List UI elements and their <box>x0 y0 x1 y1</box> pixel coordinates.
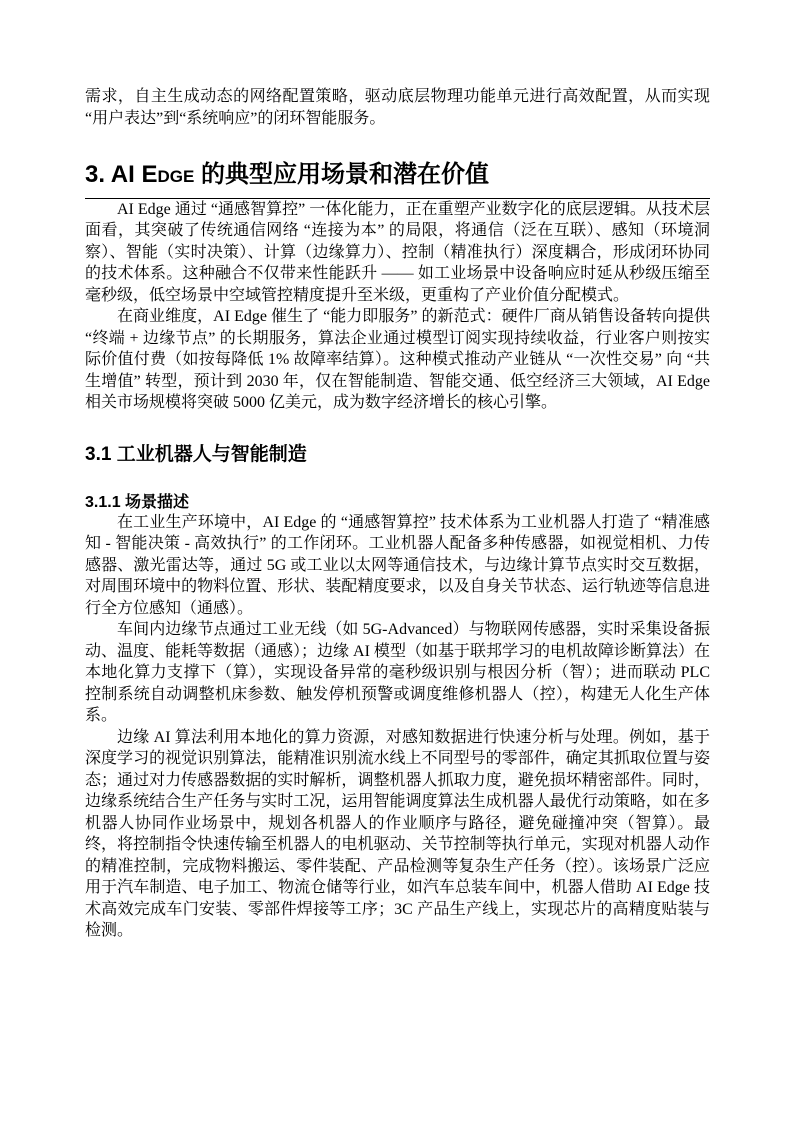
body-paragraph: 边缘 AI 算法利用本地化的算力资源，对感知数据进行快速分析与处理。例如，基于深… <box>85 727 710 942</box>
page-content: 需求，自主生成动态的网络配置策略，驱动底层物理功能单元进行高效配置，从而实现“用… <box>85 86 710 942</box>
chapter-heading-brand: Edge <box>141 161 194 188</box>
body-paragraph: 在工业生产环境中，AI Edge 的 “通感智算控” 技术体系为工业机器人打造了… <box>85 512 710 620</box>
intro-paragraph: AI Edge 通过 “通感智算控” 一体化能力，正在重塑产业数字化的底层逻辑。… <box>85 199 710 307</box>
document-page: 需求，自主生成动态的网络配置策略，驱动底层物理功能单元进行高效配置，从而实现“用… <box>0 0 794 1123</box>
section-heading: 3.1 工业机器人与智能制造 <box>85 444 710 467</box>
intro-paragraph: 在商业维度，AI Edge 催生了 “能力即服务” 的新范式：硬件厂商从销售设备… <box>85 306 710 414</box>
subsection-heading: 3.1.1 场景描述 <box>85 493 710 512</box>
chapter-heading: 3. AI Edge 的典型应用场景和潜在价值 <box>85 161 710 190</box>
chapter-heading-rest: 的典型应用场景和潜在价值 <box>194 161 489 188</box>
continuation-paragraph: 需求，自主生成动态的网络配置策略，驱动底层物理功能单元进行高效配置，从而实现“用… <box>85 86 710 129</box>
body-paragraph: 车间内边缘节点通过工业无线（如 5G-Advanced）与物联网传感器，实时采集… <box>85 619 710 727</box>
chapter-heading-prefix: 3. AI <box>85 161 141 188</box>
